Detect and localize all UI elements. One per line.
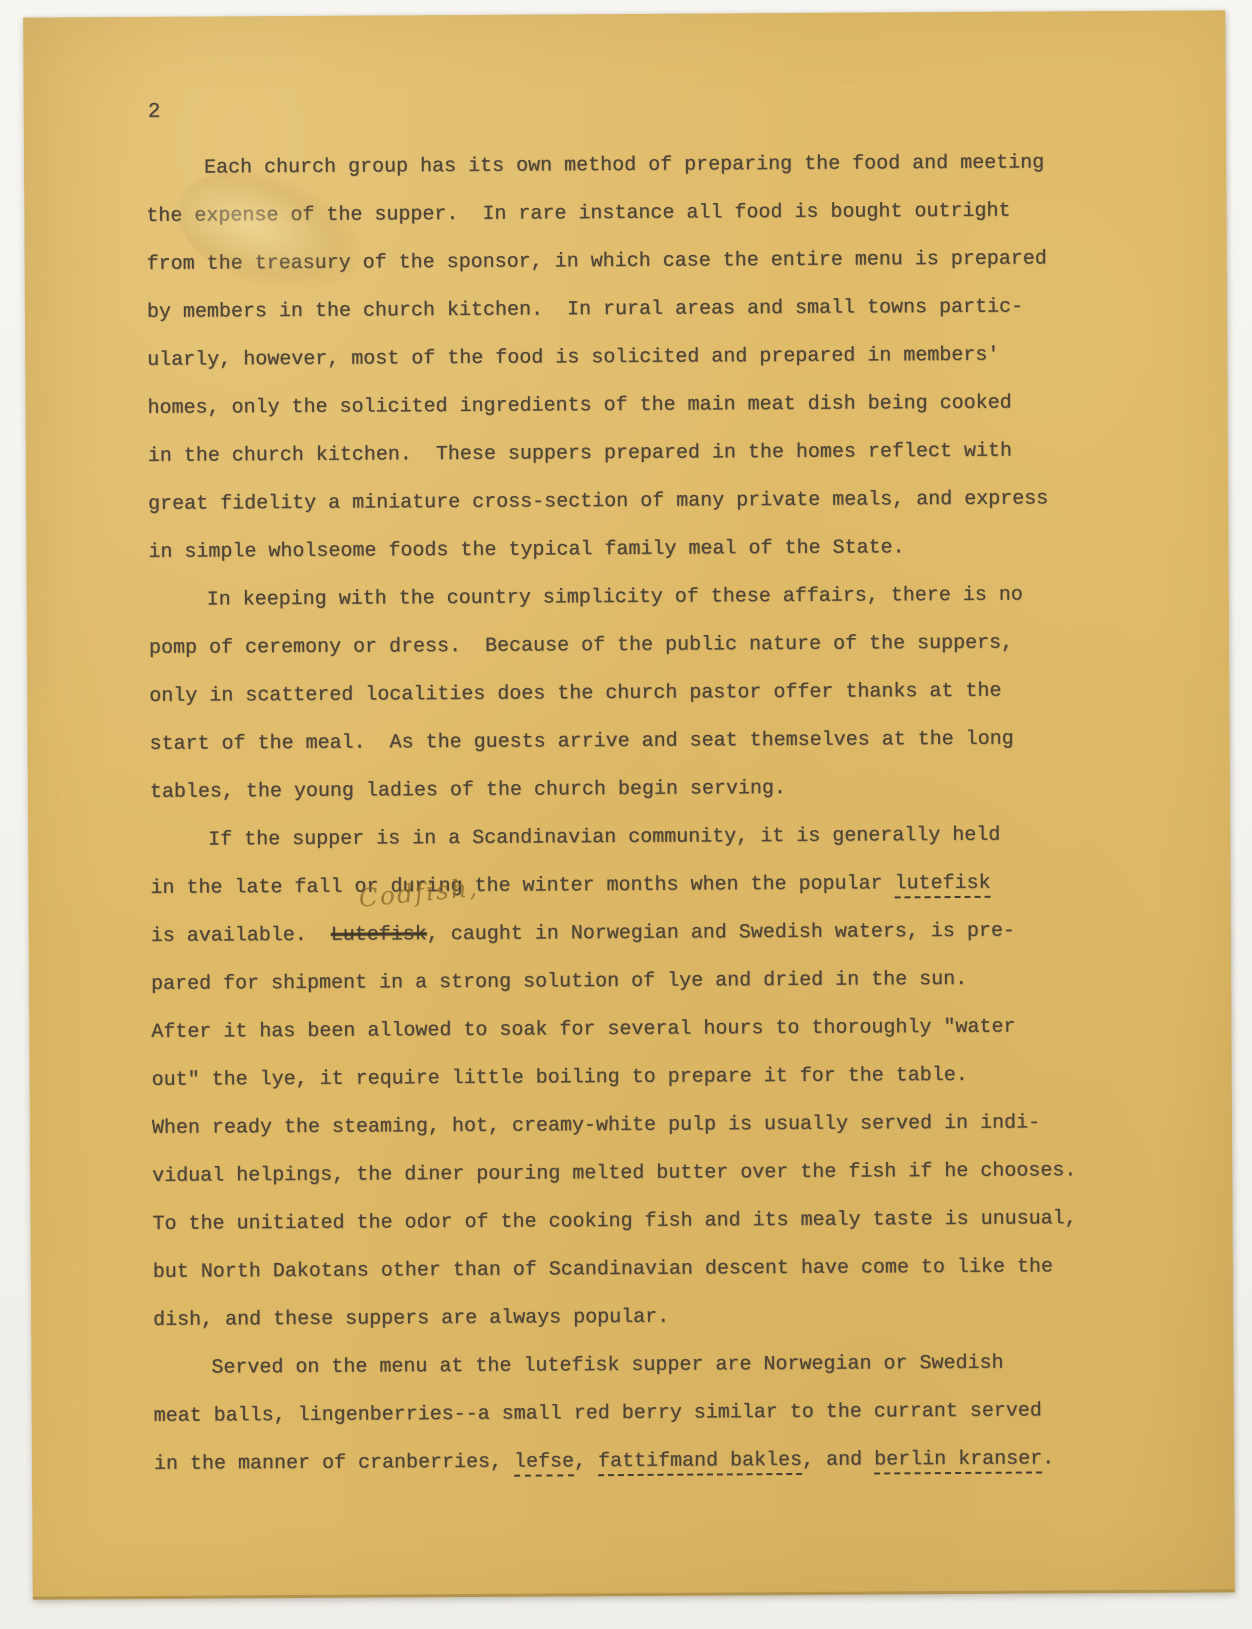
text-line: is available. Codfish,Lutefisk, caught i… — [151, 907, 1111, 961]
text-line: in the church kitchen. These suppers pre… — [148, 427, 1108, 481]
text-segment: Served on the menu at the lutefisk suppe… — [211, 1352, 1003, 1380]
text-segment: in the late fall or during the winter mo… — [150, 872, 894, 900]
text-segment: out" the lye, it require little boiling … — [152, 1064, 968, 1092]
strikethrough-text: Lutefisk — [331, 923, 427, 947]
text-segment: , and — [802, 1449, 874, 1472]
text-segment: To the unitiated the odor of the cooking… — [152, 1207, 1076, 1236]
text-line: If the supper is in a Scandinavian commu… — [150, 811, 1110, 865]
text-segment: in the church kitchen. These suppers pre… — [148, 440, 1012, 468]
text-line: in the late fall or during the winter mo… — [150, 859, 1110, 913]
text-segment: , — [574, 1450, 598, 1473]
text-line: dish, and these suppers are always popul… — [153, 1291, 1113, 1345]
text-segment: start of the meal. As the guests arrive … — [150, 728, 1014, 756]
scan-background: 2 Each church group has its own method o… — [0, 0, 1252, 1629]
text-segment: homes, only the solicited ingredients of… — [147, 392, 1011, 420]
text-line: out" the lye, it require little boiling … — [152, 1051, 1112, 1105]
text-segment: pared for shipment in a strong solution … — [151, 968, 967, 996]
text-segment: in simple wholseome foods the typical fa… — [148, 536, 904, 564]
text-segment: If the supper is in a Scandinavian commu… — [208, 824, 1000, 852]
text-line: ularly, however, most of the food is sol… — [147, 331, 1107, 385]
text-segment: pomp of ceremony or dress. Because of th… — [149, 632, 1013, 660]
text-line: start of the meal. As the guests arrive … — [149, 715, 1109, 769]
text-segment: After it has been allowed to soak for se… — [151, 1016, 1015, 1044]
text-segment: Each church group has its own method of … — [204, 151, 1044, 179]
text-segment: meat balls, lingenberries--a small red b… — [154, 1399, 1042, 1427]
text-line: After it has been allowed to soak for se… — [151, 1003, 1111, 1057]
document-page: 2 Each church group has its own method o… — [23, 10, 1235, 1599]
underlined-text: lefse — [514, 1450, 574, 1476]
text-line: pared for shipment in a strong solution … — [151, 955, 1111, 1009]
text-segment: great fidelity a miniature cross-section… — [148, 487, 1048, 515]
text-segment: vidual helpings, the diner pouring melte… — [152, 1159, 1076, 1188]
text-line: great fidelity a miniature cross-section… — [148, 475, 1108, 529]
text-line: by members in the church kitchen. In rur… — [147, 283, 1107, 337]
text-segment: ularly, however, most of the food is sol… — [147, 344, 999, 372]
text-line: When ready the steaming, hot, creamy-whi… — [152, 1099, 1112, 1153]
text-segment: In keeping with the country simplicity o… — [207, 584, 1023, 612]
text-segment: only in scattered localities does the ch… — [149, 680, 1001, 708]
text-line: homes, only the solicited ingredients of… — [147, 379, 1107, 433]
text-segment: by members in the church kitchen. In rur… — [147, 296, 1023, 324]
text-segment: tables, the young ladies of the church b… — [150, 777, 786, 804]
text-segment: dish, and these suppers are always popul… — [153, 1306, 669, 1332]
text-line: To the unitiated the odor of the cooking… — [152, 1195, 1112, 1249]
text-line: tables, the young ladies of the church b… — [150, 763, 1110, 817]
text-segment: . — [1042, 1447, 1054, 1470]
text-segment: in the manner of cranberries, — [154, 1451, 514, 1476]
text-line: in the manner of cranberries, lefse, fat… — [154, 1435, 1114, 1489]
text-line: in simple wholseome foods the typical fa… — [148, 523, 1108, 577]
text-line: meat balls, lingenberries--a small red b… — [154, 1387, 1114, 1441]
annotated-text: Codfish,Lutefisk — [331, 911, 427, 960]
typewritten-body: Each church group has its own method of … — [146, 139, 1114, 1489]
text-line: In keeping with the country simplicity o… — [149, 571, 1109, 625]
text-segment: , caught in Norwegian and Swedish waters… — [427, 920, 1015, 947]
text-line: pomp of ceremony or dress. Because of th… — [149, 619, 1109, 673]
text-segment: When ready the steaming, hot, creamy-whi… — [152, 1111, 1040, 1139]
underlined-text: fattifmand bakles — [598, 1449, 802, 1476]
text-line: only in scattered localities does the ch… — [149, 667, 1109, 721]
text-line: Served on the menu at the lutefisk suppe… — [153, 1339, 1113, 1393]
underlined-text: berlin kranser — [874, 1447, 1042, 1474]
text-line: vidual helpings, the diner pouring melte… — [152, 1147, 1112, 1201]
text-segment: is available. — [151, 924, 331, 948]
text-segment: but North Dakotans other than of Scandin… — [153, 1255, 1053, 1283]
text-line: but North Dakotans other than of Scandin… — [153, 1243, 1113, 1297]
page-number: 2 — [148, 95, 1106, 125]
underlined-text: lutefisk — [895, 872, 991, 899]
